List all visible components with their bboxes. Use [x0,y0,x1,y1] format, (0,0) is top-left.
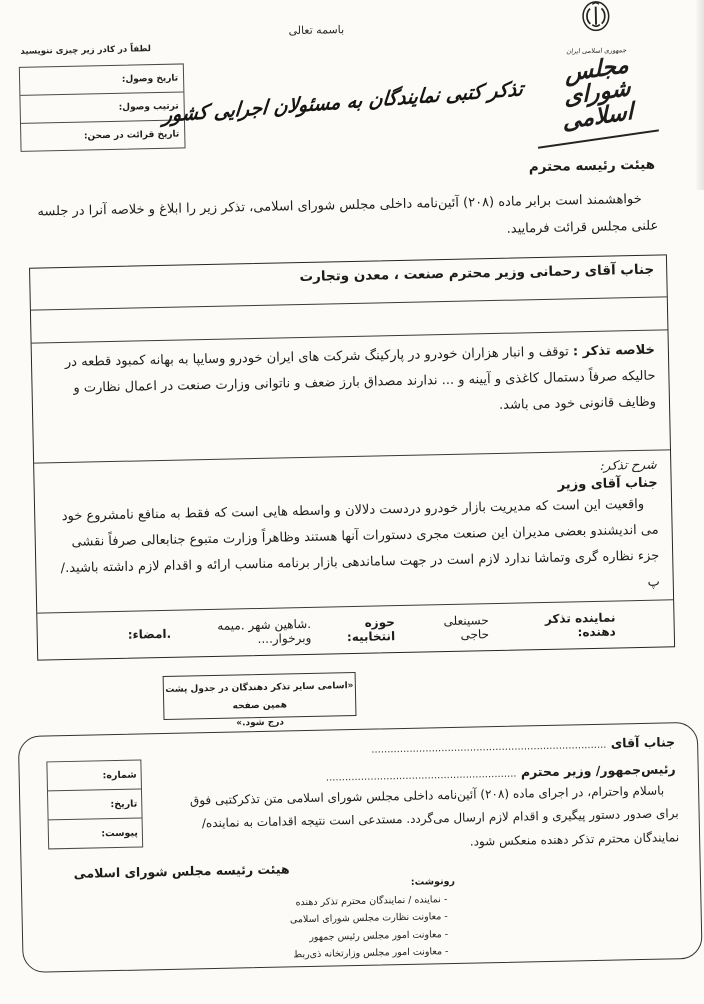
receipt-row-reading-date: تاریخ قرائت در صحن: [21,120,185,150]
description-section: شرح تذکر: جناب آقای وزیر واقعیت این است … [34,450,673,613]
reference-table: شماره: تاریخ: پیوست: [46,759,143,849]
receipt-row-order: ترتیب وصول: [20,92,184,123]
district-label: حوزه انتخابیه: [318,615,395,645]
ref-date-label: تاریخ: [110,798,137,810]
receipt-date-label: تاریخ وصول: [122,73,178,84]
district-value: .شاهین شهر .میمه وبرخوار.... [171,617,312,648]
summary-section: خلاصه تذکر : توقف و انبار هزاران خودرو د… [32,330,670,463]
forwarding-box: جناب آقای ..............................… [18,722,703,973]
representative-name: حسینعلی حاجی [417,613,489,642]
ref-row-number: شماره: [47,760,141,791]
no-write-note: لطفاً در کادر زیر چیزی ننویسید [20,44,151,57]
ref-row-attachment: پیوست: [49,818,143,848]
request-paragraph: خواهشمند است برابر ماده (۲۰۸) آئین‌نامه … [28,187,659,253]
copy-item: - معاونت امور مجلس وزارتخانه ذی‌ربط [290,943,456,964]
assembly-name-calligraphy: مجلس شورای اسلامی [536,50,658,149]
role-label: رئیس‌جمهور/ وزیر محترم [521,761,676,779]
ref-attachment-label: پیوست: [101,827,138,839]
description-text: واقعیت این است که مدیریت بازار خودرو درد… [48,492,660,609]
presidium-signer: هیئت رئیسه مجلس شورای اسلامی [74,861,290,881]
parliament-letterhead: جمهوری اسلامی ایران مجلس شورای اسلامی [532,0,663,141]
bismillah-text: باسمه تعالی [288,23,344,37]
summary-label: خلاصه تذکر : [573,343,655,360]
to-line: جناب آقای ..............................… [371,734,675,755]
other-signers-note-line1: «اسامی سایر تذکر دهندگان در جدول پشت همی… [164,678,356,717]
ref-row-date: تاریخ: [48,789,142,820]
to-label: جناب آقای [611,734,676,750]
other-signers-note: «اسامی سایر تذکر دهندگان در جدول پشت همی… [163,672,357,720]
document-content: جمهوری اسلامی ایران مجلس شورای اسلامی با… [0,0,704,1004]
ref-number-label: شماره: [102,769,136,781]
representative-label: نماینده تذکر دهنده: [511,611,616,641]
signature-label: .امضاء: [50,627,172,644]
copies-list: رونوشت: - نماینده / نمایندگان محترم تذکر… [289,873,457,964]
notice-box: جناب آقای رحمانی وزیر محترم صنعت ، معدن … [29,254,675,660]
iran-emblem-icon [577,0,616,46]
summary-text: توقف و انبار هزاران خودرو در پارکینگ شرک… [65,344,656,412]
description-label: شرح تذکر: [600,457,658,473]
document-title-calligraphy: تذکر کتبی نمایندگان به مسئولان اجرایی کش… [162,76,524,127]
scanned-document-page: جمهوری اسلامی ایران مجلس شورای اسلامی با… [0,0,704,1004]
forwarding-body-text: باسلام واحترام، در اجرای ماده (۲۰۸) آئین… [164,779,679,860]
role-dotted-line: ........................................… [326,769,517,784]
receipt-reading-label: تاریخ قرائت در صحن: [84,129,180,141]
presidium-heading: هیئت رئیسه محترم [529,157,656,176]
receipt-row-date: تاریخ وصول: [20,64,184,95]
receipt-table: تاریخ وصول: ترتیب وصول: تاریخ قرائت در ص… [19,63,186,151]
to-dotted-line: ........................................… [371,740,606,756]
